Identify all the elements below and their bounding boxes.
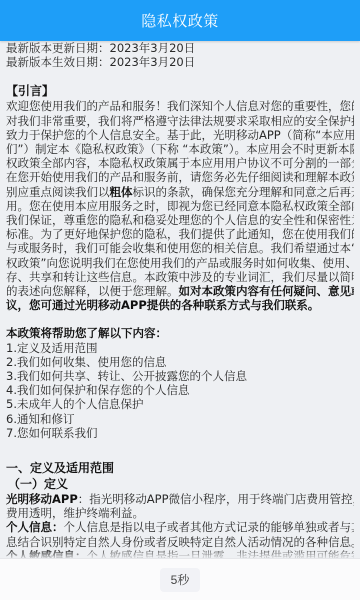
intro-p1-line: 致力于保护您的个人信息安全。基于此，光明移动APP（简称“本应用”或“我 — [6, 128, 354, 142]
contact-notice-bold: 议，您可通过光明移动APP提供的各种联系方式与我们联系。 — [6, 298, 354, 312]
bold-term: 粗体 — [110, 185, 133, 199]
intro-p2-pre: 别应重点阅读我们以 — [6, 185, 110, 199]
toc-item: 2.我们如何收集、使用您的信息 — [6, 355, 354, 369]
definition-term: 光明移动APP — [6, 492, 78, 506]
intro-p1-line: 们”）制定本《隐私权政策》（下称 “本政策”）。本应用会不时更新本隐私 — [6, 142, 354, 156]
section-subtitle: （一）定义 — [6, 476, 354, 492]
intro-p2-line: 在您开始使用我们的产品和服务前，请您务必先仔细阅读和理解本政策，特 — [6, 170, 354, 184]
intro-p3-line: 权政策”向您说明我们在您使用我们的产品或服务时如何收集、使用、保 — [6, 256, 354, 270]
toc-item: 3.我们如何共享、转让、公开披露您的个人信息 — [6, 369, 354, 383]
intro-heading: 【引言】 — [6, 83, 354, 99]
definition-term: 个人信息： — [6, 520, 64, 534]
countdown-button[interactable]: 5秒 — [160, 568, 200, 592]
toc-item: 7.您如何联系我们 — [6, 426, 354, 440]
intro-p1-line: 权政策全部内容，本隐私权政策属于本应用用户协议不可分割的一部分。 — [6, 156, 354, 170]
intro-p3-line: 我们保证，尊重您的隐私和稳妥处理您的个人信息的安全性和保密性为最高 — [6, 213, 354, 227]
definition-text: 个人信息是指以电子或者其他方式记录的能够单独或者与其他信 — [64, 520, 355, 534]
toc-item: 6.通知和修订 — [6, 412, 354, 426]
definition-line: 个人信息：个人信息是指以电子或者其他方式记录的能够单独或者与其他信 — [6, 520, 354, 534]
intro-p3-line: 存、共享和转让这些信息。本政策中涉及的专业词汇，我们尽量以简明通俗 — [6, 270, 354, 284]
section-title: 一、定义及适用范围 — [6, 460, 354, 476]
intro-p2-line: 用。您在使用本应用服务之时，即视为您已经同意本隐私权政策全部内容。 — [6, 199, 354, 213]
contact-notice-bold: 如对本政策内容有任何疑问、意见或建 — [179, 284, 355, 298]
intro-p3-line: 标准。为了更好地保护您的隐私，我们提供了此通知，您在使用我们的产品 — [6, 227, 354, 241]
app-header: 隐私权政策 — [0, 0, 360, 41]
intro-p1-line: 对我们非常重要，我们将严格遵守法律法规要求采取相应的安全保护措施， — [6, 114, 354, 128]
toc-item: 4.我们如何保护和保存您的个人信息 — [6, 383, 354, 397]
definition-text: ：指光明移动APP微信小程序，用于终端门店费用管控，网点 — [78, 492, 354, 506]
intro-p3-line: 与或服务时，我们可能会收集和使用您的相关信息。我们希望通过本“隐私 — [6, 241, 354, 255]
intro-p3-line: 的表述向您解释，以便于您理解。如对本政策内容有任何疑问、意见或建 — [6, 284, 354, 298]
definition-line: 费用透明，维护终端利益。 — [6, 506, 354, 520]
intro-p2-line: 别应重点阅读我们以粗体标识的条款，确保您充分理解和同意之后再开始使 — [6, 185, 354, 199]
toc-item: 5.未成年人的个人信息保护 — [6, 397, 354, 411]
effective-date: 最新版本生效日期：2023年3月20日 — [6, 55, 354, 69]
update-date: 最新版本更新日期：2023年3月20日 — [6, 41, 354, 55]
toc-heading: 本政策将帮助您了解以下内容： — [6, 326, 354, 340]
policy-content[interactable]: 最新版本更新日期：2023年3月20日 最新版本生效日期：2023年3月20日 … — [0, 41, 360, 558]
definition-line: 光明移动APP：指光明移动APP微信小程序，用于终端门店费用管控，网点 — [6, 492, 354, 506]
intro-p1-line: 欢迎您使用我们的产品和服务！我们深知个人信息对您的重要性，您的信赖 — [6, 99, 354, 113]
toc-item: 1.定义及适用范围 — [6, 341, 354, 355]
definition-line: 息结合识别特定自然人身份或者反映特定自然人活动情况的各种信息。 — [6, 535, 354, 549]
intro-p3-pre: 的表述向您解释，以便于您理解。 — [6, 284, 179, 298]
intro-p2-post: 标识的条款，确保您充分理解和同意之后再开始使 — [133, 185, 355, 199]
footer-bar: 5秒 — [0, 558, 360, 600]
page-title: 隐私权政策 — [141, 10, 219, 31]
